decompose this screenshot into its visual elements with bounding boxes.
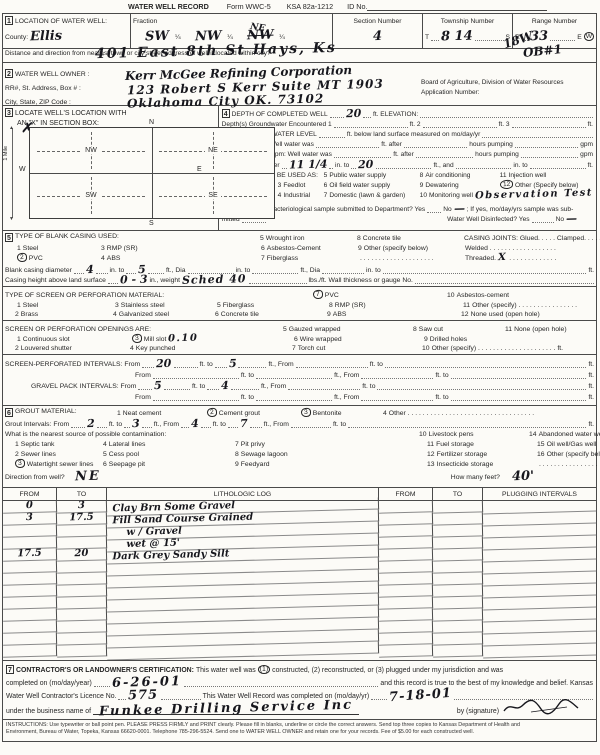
option-label: Oil field water supply xyxy=(329,182,390,189)
option-label: Wire wrapped xyxy=(300,336,342,343)
option-number: 9 xyxy=(424,336,428,343)
ft-label: ft. xyxy=(588,383,594,390)
option-number: 4 xyxy=(278,192,282,199)
section-number-value: 4 xyxy=(373,32,382,41)
dotted-leader xyxy=(371,695,387,700)
option-label: Threaded. xyxy=(465,255,496,262)
certification-body-1a: This water well was xyxy=(196,667,256,674)
range-label: Range Number xyxy=(532,18,577,25)
blank-diameter-value: 4 xyxy=(86,265,94,274)
option-label: CASING JOINTS: Glued. . . . . Clamped. .… xyxy=(464,235,600,242)
blank-casing-row1: 5TYPE OF BLANK CASING USED:5Wrought iron… xyxy=(5,232,594,242)
dotted-leader xyxy=(71,423,85,428)
option-number: 13 xyxy=(427,461,435,468)
option-label: Lateral lines xyxy=(109,441,146,448)
county-box: 1LOCATION OF WATER WELL: County:Ellis xyxy=(3,14,131,48)
option-label: Concrete tile xyxy=(363,235,401,242)
dotted-leader xyxy=(231,385,259,390)
certification-body-2: and this record is true to the best of m… xyxy=(380,680,593,687)
casing-height-label: Casing height above land surface xyxy=(5,277,106,284)
option-label: Pit privy xyxy=(241,441,265,448)
option-label: Other (specify) . . . . . . . . . . . . … xyxy=(432,345,563,352)
dotted-leader xyxy=(201,423,211,428)
lithologic-log-table: FROM TO LITHOLOGIC LOG FROM TO PLUGGING … xyxy=(3,488,596,660)
option-number: 5 xyxy=(217,302,221,309)
form-option: 9Drilled holes xyxy=(424,336,469,343)
section2-number: 2 xyxy=(5,69,13,78)
well-location-x-mark: ✗ xyxy=(21,124,32,133)
ft-dia-label: ft., Dia xyxy=(300,267,320,274)
ft-from-label: ft., From xyxy=(264,421,289,428)
option-label: Welded . . . . . . . . . . . . . . . . .… xyxy=(465,245,556,252)
county-value: Ellis xyxy=(30,32,62,42)
form-option: 1Neat cement xyxy=(117,410,205,417)
dotted-leader xyxy=(142,363,154,368)
contamination-row4: 3Watertight sewer lines6Seepage pit9Feed… xyxy=(5,458,594,468)
form-option: 7Fiberglass xyxy=(261,255,356,262)
dotted-leader xyxy=(207,385,219,390)
ft-to-label: ft. to xyxy=(241,394,254,401)
dotted-leader xyxy=(420,113,593,118)
form-option: 6Asbestos-Cement xyxy=(261,245,356,252)
option-label: Injection well xyxy=(509,172,547,179)
form-option: 2PVC xyxy=(17,253,99,262)
option-label: Asbestos-Cement xyxy=(267,245,321,252)
option-number: 8 xyxy=(235,451,239,458)
township-box: Township Number T8 14S xyxy=(423,14,513,48)
form-option: Threaded.X . . . . . . . . . . . . . xyxy=(463,253,556,262)
sample-no-mark: — xyxy=(454,204,465,213)
dotted-leader xyxy=(138,385,152,390)
option-label: ABS xyxy=(333,311,347,318)
option-number: 1 xyxy=(17,336,21,343)
form-option: 11Other (specify) . . . . . . . . . . . … xyxy=(463,302,579,309)
quadrant-se-label: SE xyxy=(205,192,220,199)
grout-from-1: 2 xyxy=(87,419,95,428)
ft-from-label: ft., From xyxy=(261,383,286,390)
dotted-leader xyxy=(512,123,586,128)
ft-to-label: ft. to xyxy=(370,361,383,368)
ft-label: ft. xyxy=(588,162,594,169)
dotted-leader xyxy=(161,695,201,700)
ft-to-label: ft. to xyxy=(333,421,346,428)
option-number: 12 xyxy=(461,311,469,318)
option-number: 4 xyxy=(383,410,387,417)
option-number: 2 xyxy=(15,311,19,318)
ft-label: ft. xyxy=(588,372,594,379)
compass-south-label: S xyxy=(149,220,154,227)
township-prefix: T xyxy=(425,34,429,41)
form-option: 10Other (specify) . . . . . . . . . . . … xyxy=(422,345,565,352)
cell-to xyxy=(57,644,107,657)
option-label: Concrete tile xyxy=(221,311,259,318)
option-label: Livestock pens xyxy=(429,431,474,438)
form-option: 1Septic tank xyxy=(15,441,101,448)
option-label: Fertilizer storage xyxy=(437,451,488,458)
screen-material-row3: 2Brass4Galvanized steel6Concrete tile9AB… xyxy=(3,309,596,321)
dotted-leader xyxy=(515,143,578,148)
gpm-label: gpm xyxy=(580,151,593,158)
quadrant-nw-label: NW xyxy=(82,147,100,154)
grout-to-1: 3 xyxy=(132,419,140,428)
section7-number: 7 xyxy=(6,665,14,674)
form-statute: KSA 82a-1212 xyxy=(287,2,333,11)
dotted-leader xyxy=(482,133,593,138)
form-option: Welded . . . . . . . . . . . . . . . . .… xyxy=(463,245,560,252)
form-option: 11None (open hole) xyxy=(505,326,569,333)
option-number: 1 xyxy=(17,245,21,252)
option-label: Dewatering xyxy=(425,182,458,189)
option-label: Abandoned water well xyxy=(539,431,600,438)
quadrant-ne-label: NE xyxy=(205,147,221,154)
option-number: 10 xyxy=(419,431,427,438)
option-label: Seepage pit xyxy=(109,461,145,468)
form-id-label: ID No. xyxy=(347,2,367,11)
option-label: Monitoring well xyxy=(429,192,473,199)
quarter-glyph: ¼ xyxy=(227,34,233,41)
form-header: WATER WELL RECORD Form WWC-5 KSA 82a-121… xyxy=(0,2,600,11)
form-option: 3RMP (SR) xyxy=(101,245,259,252)
option-number: 11 xyxy=(505,326,512,333)
quadrant-se: SE xyxy=(152,173,274,218)
form-option: 10Asbestos-cement xyxy=(447,292,511,299)
option-label: Feedyard xyxy=(241,461,270,468)
grout-intervals-label: Grout Intervals: From xyxy=(5,421,69,428)
dotted-leader xyxy=(415,279,594,284)
dotted-leader xyxy=(97,423,107,428)
dotted-leader xyxy=(215,363,227,368)
form-option: 2Cement grout xyxy=(207,408,299,417)
option-label: Air conditioning xyxy=(425,172,470,179)
dotted-leader xyxy=(451,396,587,401)
option-number: 8 xyxy=(413,326,417,333)
dotted-leader xyxy=(153,396,239,401)
option-label: Bentonite xyxy=(313,410,342,417)
option-number: 3 xyxy=(15,459,25,469)
section1-number: 1 xyxy=(5,16,13,25)
dotted-leader xyxy=(334,123,408,128)
ft-to-label: ft. to xyxy=(213,421,226,428)
quadrant-ne: NE xyxy=(152,128,274,173)
form-option: 5Wrought iron xyxy=(260,235,355,242)
instructions-line2: Environment, Bureau of Water, Topeka, Ka… xyxy=(6,729,593,736)
option-label: RMP (SR) xyxy=(335,302,366,309)
certification-title: CONTRACTOR'S OR LANDOWNER'S CERTIFICATIO… xyxy=(16,667,194,674)
option-label: Fiberglass xyxy=(223,302,254,309)
option-number: 7 xyxy=(235,441,239,448)
gravel-interval-from: 5 xyxy=(154,381,162,390)
section-number-box: Section Number 4 xyxy=(333,14,423,48)
in-to-label: in. to xyxy=(513,162,527,169)
form-option: . . . . . . . . . . . . . . . . . . . . … xyxy=(537,461,600,468)
quarter-glyph: ¼ xyxy=(279,34,285,41)
dotted-leader xyxy=(181,423,189,428)
dotted-leader xyxy=(164,385,190,390)
option-label: Cement grout xyxy=(219,410,260,417)
township-value: 8 14 xyxy=(441,32,473,42)
form-option: 4Industrial xyxy=(278,192,322,199)
option-label: Continuous slot xyxy=(23,336,70,343)
ft-to-label: ft. to xyxy=(435,394,448,401)
form-option: 7PVC xyxy=(313,290,445,299)
option-number: 6 xyxy=(261,245,265,252)
option-number: 4 xyxy=(101,255,105,262)
section1-title: LOCATION OF WATER WELL: xyxy=(15,18,107,25)
option-label: Other (specify below) xyxy=(547,451,600,458)
dotted-leader xyxy=(351,164,356,169)
dotted-leader xyxy=(385,363,586,368)
option-number: 10 xyxy=(420,192,427,199)
ft-from-label: ft., From xyxy=(334,394,359,401)
cell-plug-from xyxy=(379,644,433,657)
option-label: Other . . . . . . . . . . . . . . . . . … xyxy=(389,410,534,417)
option-number: 6 xyxy=(324,182,328,189)
form-option: 1Steel xyxy=(17,302,113,309)
section6-number: 6 xyxy=(5,408,13,417)
weight-label: in., weight xyxy=(149,277,180,284)
form-option: 7Pit privy xyxy=(235,441,425,448)
dotted-leader xyxy=(316,143,379,148)
option-number: 11 xyxy=(500,172,507,179)
dotted-leader xyxy=(296,363,368,368)
direction-from-well-label: Direction from well? xyxy=(5,474,65,481)
form-option: 6Oil field water supply xyxy=(324,182,418,189)
scale-arrow-up-icon: ▲ xyxy=(9,125,14,131)
fraction-label: Fraction xyxy=(133,18,157,25)
option-number: 2 xyxy=(15,345,19,352)
form-option: 3Feedlot xyxy=(278,182,322,189)
form-body: 1LOCATION OF WATER WELL: County:Ellis Fr… xyxy=(2,13,597,742)
how-many-feet-value: 40' xyxy=(512,472,534,482)
option-label: Insecticide storage xyxy=(437,461,494,468)
signature-scribble xyxy=(501,699,581,715)
dotted-leader xyxy=(94,682,110,687)
form-option: 11Fuel storage xyxy=(427,441,535,448)
form-option: 11Injection well xyxy=(500,172,549,179)
dotted-leader xyxy=(319,133,345,138)
option-label: Asbestos-cement xyxy=(457,292,510,299)
section4-well-details: 4DEPTH OF COMPLETED WELL20ft. ELEVATION:… xyxy=(219,106,596,230)
form-option: 16Other (specify below) xyxy=(537,451,600,458)
option-number: 7 xyxy=(292,345,296,352)
completed-on-label: completed on (mo/day/year) xyxy=(6,680,92,687)
form-option: 5Public water supply xyxy=(324,172,418,179)
screen-material-row1: TYPE OF SCREEN OR PERFORATION MATERIAL:7… xyxy=(5,289,594,299)
grout-to-2: 7 xyxy=(240,419,248,428)
form-option: 3Stainless steel xyxy=(115,302,215,309)
dotted-leader xyxy=(451,374,587,379)
form-option: 10Monitoring wellObservation Test xyxy=(420,190,593,199)
dotted-leader xyxy=(521,153,578,158)
option-label: Neat cement xyxy=(123,410,162,417)
option-label: Steel xyxy=(23,245,39,252)
option-number: 5 xyxy=(283,326,287,333)
groundwater-2-label: ft. 2 xyxy=(410,121,421,128)
option-label: Sewage lagoon xyxy=(241,451,288,458)
dotted-leader xyxy=(377,385,586,390)
option-number: 11 xyxy=(427,441,434,448)
dotted-leader xyxy=(530,164,586,169)
fraction-1: SW xyxy=(145,32,169,42)
form-option: 14Abandoned water well xyxy=(529,431,600,438)
option-label: Watertight sewer lines xyxy=(27,461,94,468)
ft-to-label: ft. to xyxy=(241,372,254,379)
option-number: 16 xyxy=(537,451,545,458)
form-option: 15Oil well/Gas well xyxy=(537,441,596,448)
section3-4-band: 3LOCATE WELL'S LOCATION WITH AN "X" IN S… xyxy=(3,106,596,231)
dotted-leader xyxy=(252,269,298,274)
dotted-leader xyxy=(124,423,130,428)
option-number: 3 xyxy=(301,408,311,418)
range-east: E xyxy=(577,34,581,41)
section-number-label: Section Number xyxy=(354,18,402,25)
option-tail: . . . . . . . . . . . . . xyxy=(509,255,556,262)
screen-material-title: TYPE OF SCREEN OR PERFORATION MATERIAL: xyxy=(5,292,311,299)
option-handwritten-note: 0.10 xyxy=(168,334,199,344)
option-label: PVC xyxy=(29,255,43,262)
ft-to-label: ft. to xyxy=(200,361,213,368)
form-option: CASING JOINTS: Glued. . . . . Clamped. .… xyxy=(462,235,600,242)
option-label: Public water supply xyxy=(329,172,386,179)
form-option: 6Concrete tile xyxy=(215,311,325,318)
blank-casing-row3: 2PVC4ABS7Fiberglass. . . . . . . . . . .… xyxy=(5,252,594,262)
option-handwritten-note: Observation Test xyxy=(475,188,593,200)
dotted-leader xyxy=(329,164,333,169)
cell-plugging-interval xyxy=(483,644,596,659)
openings-title: SCREEN OR PERFORATION OPENINGS ARE: xyxy=(5,326,281,333)
scale-arrow-down-icon: ▼ xyxy=(9,216,14,222)
col-from2-header: FROM xyxy=(379,488,433,501)
grout-material-row: 6GROUT MATERIAL:1Neat cement2Cement grou… xyxy=(5,407,594,417)
ft-after-label: ft. after xyxy=(381,141,402,148)
dotted-leader xyxy=(238,363,266,368)
one-mile-label: 1 Mile xyxy=(3,146,9,161)
option-label: Mill slot xyxy=(144,336,167,343)
option-label: Domestic (lawn & garden) xyxy=(329,192,405,199)
option-label: . . . . . . . . . . . . . . . . . . . . xyxy=(360,255,434,262)
gravel-intervals-label: GRAVEL PACK INTERVALS: From xyxy=(31,383,136,390)
form-option: 6Wire wrapped xyxy=(294,336,422,343)
agency-name: Board of Agriculture, Division of Water … xyxy=(421,79,593,86)
option-label: PVC xyxy=(325,292,339,299)
form-option: 3Watertight sewer lines xyxy=(15,459,101,468)
option-number: 6 xyxy=(215,311,219,318)
disinfected-label: Water Well Disinfected? Yes xyxy=(447,216,529,223)
form-option: 1Steel xyxy=(17,245,99,252)
form-option: 2Brass xyxy=(15,311,111,318)
dotted-leader xyxy=(256,396,332,401)
ft-to-label: ft. to xyxy=(109,421,122,428)
option-label: None used (open hole) xyxy=(471,311,540,318)
form-option: 1Continuous slot xyxy=(17,336,130,343)
form-option: 6Seepage pit xyxy=(103,461,233,468)
option-number: 12 xyxy=(499,180,513,190)
section5-title-wrap: 5TYPE OF BLANK CASING USED: xyxy=(5,233,258,242)
range-west-circled: W xyxy=(584,32,594,41)
form-option: 8Saw cut xyxy=(413,326,503,333)
licence-value: 575 xyxy=(128,691,158,701)
form-option: 13Insecticide storage xyxy=(427,461,535,468)
form-option: 3Mill slot0.10 xyxy=(132,334,292,343)
form-option: 4ABS xyxy=(101,255,259,262)
screen-interval-from: 20 xyxy=(156,359,172,368)
dotted-leader xyxy=(361,396,433,401)
ft-from-label: ft., From xyxy=(268,361,293,368)
form-option: 4Key punched xyxy=(130,345,290,352)
option-number: 3 xyxy=(101,245,105,252)
option-label: . . . . . . . . . . . . . . . . . . . . … xyxy=(539,461,600,468)
from-label: From xyxy=(135,372,151,379)
business-name-label: under the business name of xyxy=(6,708,91,715)
option-label: RMP (SR) xyxy=(107,245,138,252)
weight-value: Sched 40 xyxy=(182,274,247,285)
cell-from xyxy=(3,644,57,657)
form-option: 12Fertilizer storage xyxy=(427,451,535,458)
bore-depth-value: 20 xyxy=(358,160,374,169)
compass-west-label: W xyxy=(19,166,26,173)
dotted-leader xyxy=(108,279,118,284)
section4-number: 4 xyxy=(222,109,230,118)
section6-grout: 6GROUT MATERIAL:1Neat cement2Cement grou… xyxy=(3,406,596,488)
option-number: 5 xyxy=(260,235,264,242)
completed-date-value: 6-26-01 xyxy=(112,677,182,688)
dotted-leader xyxy=(74,269,84,274)
option-label: Louvered shutter xyxy=(21,345,72,352)
section2-owner: 2WATER WELL OWNER :Kerr McGee Refining C… xyxy=(3,63,596,106)
use-as-row2: 1Domestic3Feedlot6Oil field water supply… xyxy=(222,179,593,189)
form-option: 9Other (specify below) xyxy=(358,245,461,252)
form-option: 4Galvanized steel xyxy=(113,311,213,318)
section7-certification: 7CONTRACTOR'S OR LANDOWNER'S CERTIFICATI… xyxy=(3,660,596,719)
dotted-leader xyxy=(174,363,198,368)
form-number: Form WWC-5 xyxy=(227,2,271,11)
option-number: 4 xyxy=(130,345,134,352)
groundwater-3-label: ft. 3 xyxy=(499,121,510,128)
option-number: 2 xyxy=(15,451,19,458)
option-label: None (open hole) xyxy=(514,326,567,333)
compass-east-label: E xyxy=(197,166,202,173)
dotted-leader xyxy=(96,269,108,274)
dotted-leader xyxy=(228,423,238,428)
dotted-leader xyxy=(142,423,152,428)
option-label: Oil well/Gas well xyxy=(547,441,597,448)
option-label: Brass xyxy=(21,311,38,318)
certification-body-1b: constructed, (2) reconstructed, or (3) p… xyxy=(272,667,503,674)
depth-completed-value: 20 xyxy=(346,109,362,118)
option-number: 6 xyxy=(294,336,298,343)
ft-label: ft. xyxy=(588,121,594,128)
option-number: 11 xyxy=(463,302,470,309)
dotted-leader xyxy=(456,164,512,169)
form-option: 12None used (open hole) xyxy=(461,311,542,318)
ft-from-label: ft., From xyxy=(154,421,179,428)
option-label: Torch cut xyxy=(298,345,326,352)
option-label: Fiberglass xyxy=(267,255,298,262)
section5-casing-screen: 5TYPE OF BLANK CASING USED:5Wrought iron… xyxy=(3,231,596,406)
dotted-leader xyxy=(291,423,331,428)
option-label: Cess pool xyxy=(109,451,139,458)
blank-casing-row2: 1Steel3RMP (SR)6Asbestos-Cement9Other (s… xyxy=(5,242,594,252)
form-option: 5Fiberglass xyxy=(217,302,327,309)
casing-height-value: 0 - 3 xyxy=(120,275,148,285)
dotted-leader xyxy=(376,164,432,169)
form-option: 8RMP (SR) xyxy=(329,302,461,309)
option-number: 12 xyxy=(427,451,435,458)
option-number: 8 xyxy=(420,172,424,179)
option-number: 8 xyxy=(329,302,333,309)
option-number: 6 xyxy=(103,461,107,468)
dotted-leader xyxy=(348,423,586,428)
